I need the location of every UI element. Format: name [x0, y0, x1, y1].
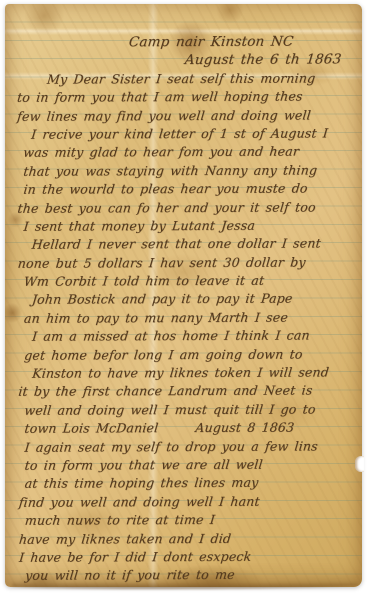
letter-line: Hellard I never sent that one dollar I s…: [31, 235, 358, 255]
letter-line: John Bostick and pay it to pay it Pape: [31, 290, 358, 310]
letter-line: it by the first chance Landrum and Neet …: [17, 382, 358, 402]
letter-line: at this time hoping thes lines may: [24, 474, 359, 494]
letter-line: find you well and doing well I hant: [18, 492, 359, 512]
letter-line: My Dear Sister I seat self this morning: [46, 69, 357, 89]
letter-line: the best you can fo her and your it self…: [17, 198, 358, 218]
letter-line: Wm Corbit I told him to leave it at: [23, 271, 358, 291]
letter-photograph: Camp nair Kinston NC August the 6 th 186…: [0, 0, 369, 600]
letter-line: none but 5 dollars I hav sent 30 dollar …: [17, 253, 358, 273]
letter-line: to in form you that I am well hoping the…: [16, 87, 357, 107]
letter-line: I sent that money by Lutant Jessa: [23, 216, 358, 236]
letter-line: get home befor long I am going down to: [23, 345, 358, 365]
letter-line: much nuws to rite at time I: [24, 510, 359, 530]
letter-line: town Lois McDaniel August 8 1863: [24, 418, 359, 438]
letter-line: I again seat my self to drop you a few l…: [24, 437, 359, 457]
letter-line: well and doing well I must quit till I g…: [24, 400, 359, 420]
letter-paper: Camp nair Kinston NC August the 6 th 186…: [5, 4, 362, 587]
letter-line: I recive your kind letter of 1 st of Aug…: [30, 124, 357, 144]
letter-line: an him to pay to mu nany Marth I see: [23, 308, 358, 328]
letter-line: I am a missed at hos home I think I can: [31, 327, 358, 347]
letter-line: in the wourld to pleas hear you muste do: [23, 179, 358, 199]
letter-line: to in form you that we are all well: [24, 455, 359, 475]
letter-line: I have be for I did I dont esxpeck: [18, 547, 359, 567]
letter-heading-date: August the 6 th 1863: [184, 51, 357, 70]
letter-line: that you was staying with Nanny any thin…: [22, 161, 357, 181]
letter-text: Camp nair Kinston NC August the 6 th 186…: [17, 32, 358, 585]
letter-line: have my liknes taken and I did: [18, 529, 359, 549]
letter-line: Kinston to have my liknes token I will s…: [31, 363, 358, 383]
letter-line: you will no it if you rite to me: [24, 566, 359, 586]
letter-line: few lines may find you well and doing we…: [16, 106, 357, 126]
letter-heading-place: Camp nair Kinston NC: [128, 32, 357, 51]
letter-line: was mity glad to hear fom you and hear: [22, 143, 357, 163]
